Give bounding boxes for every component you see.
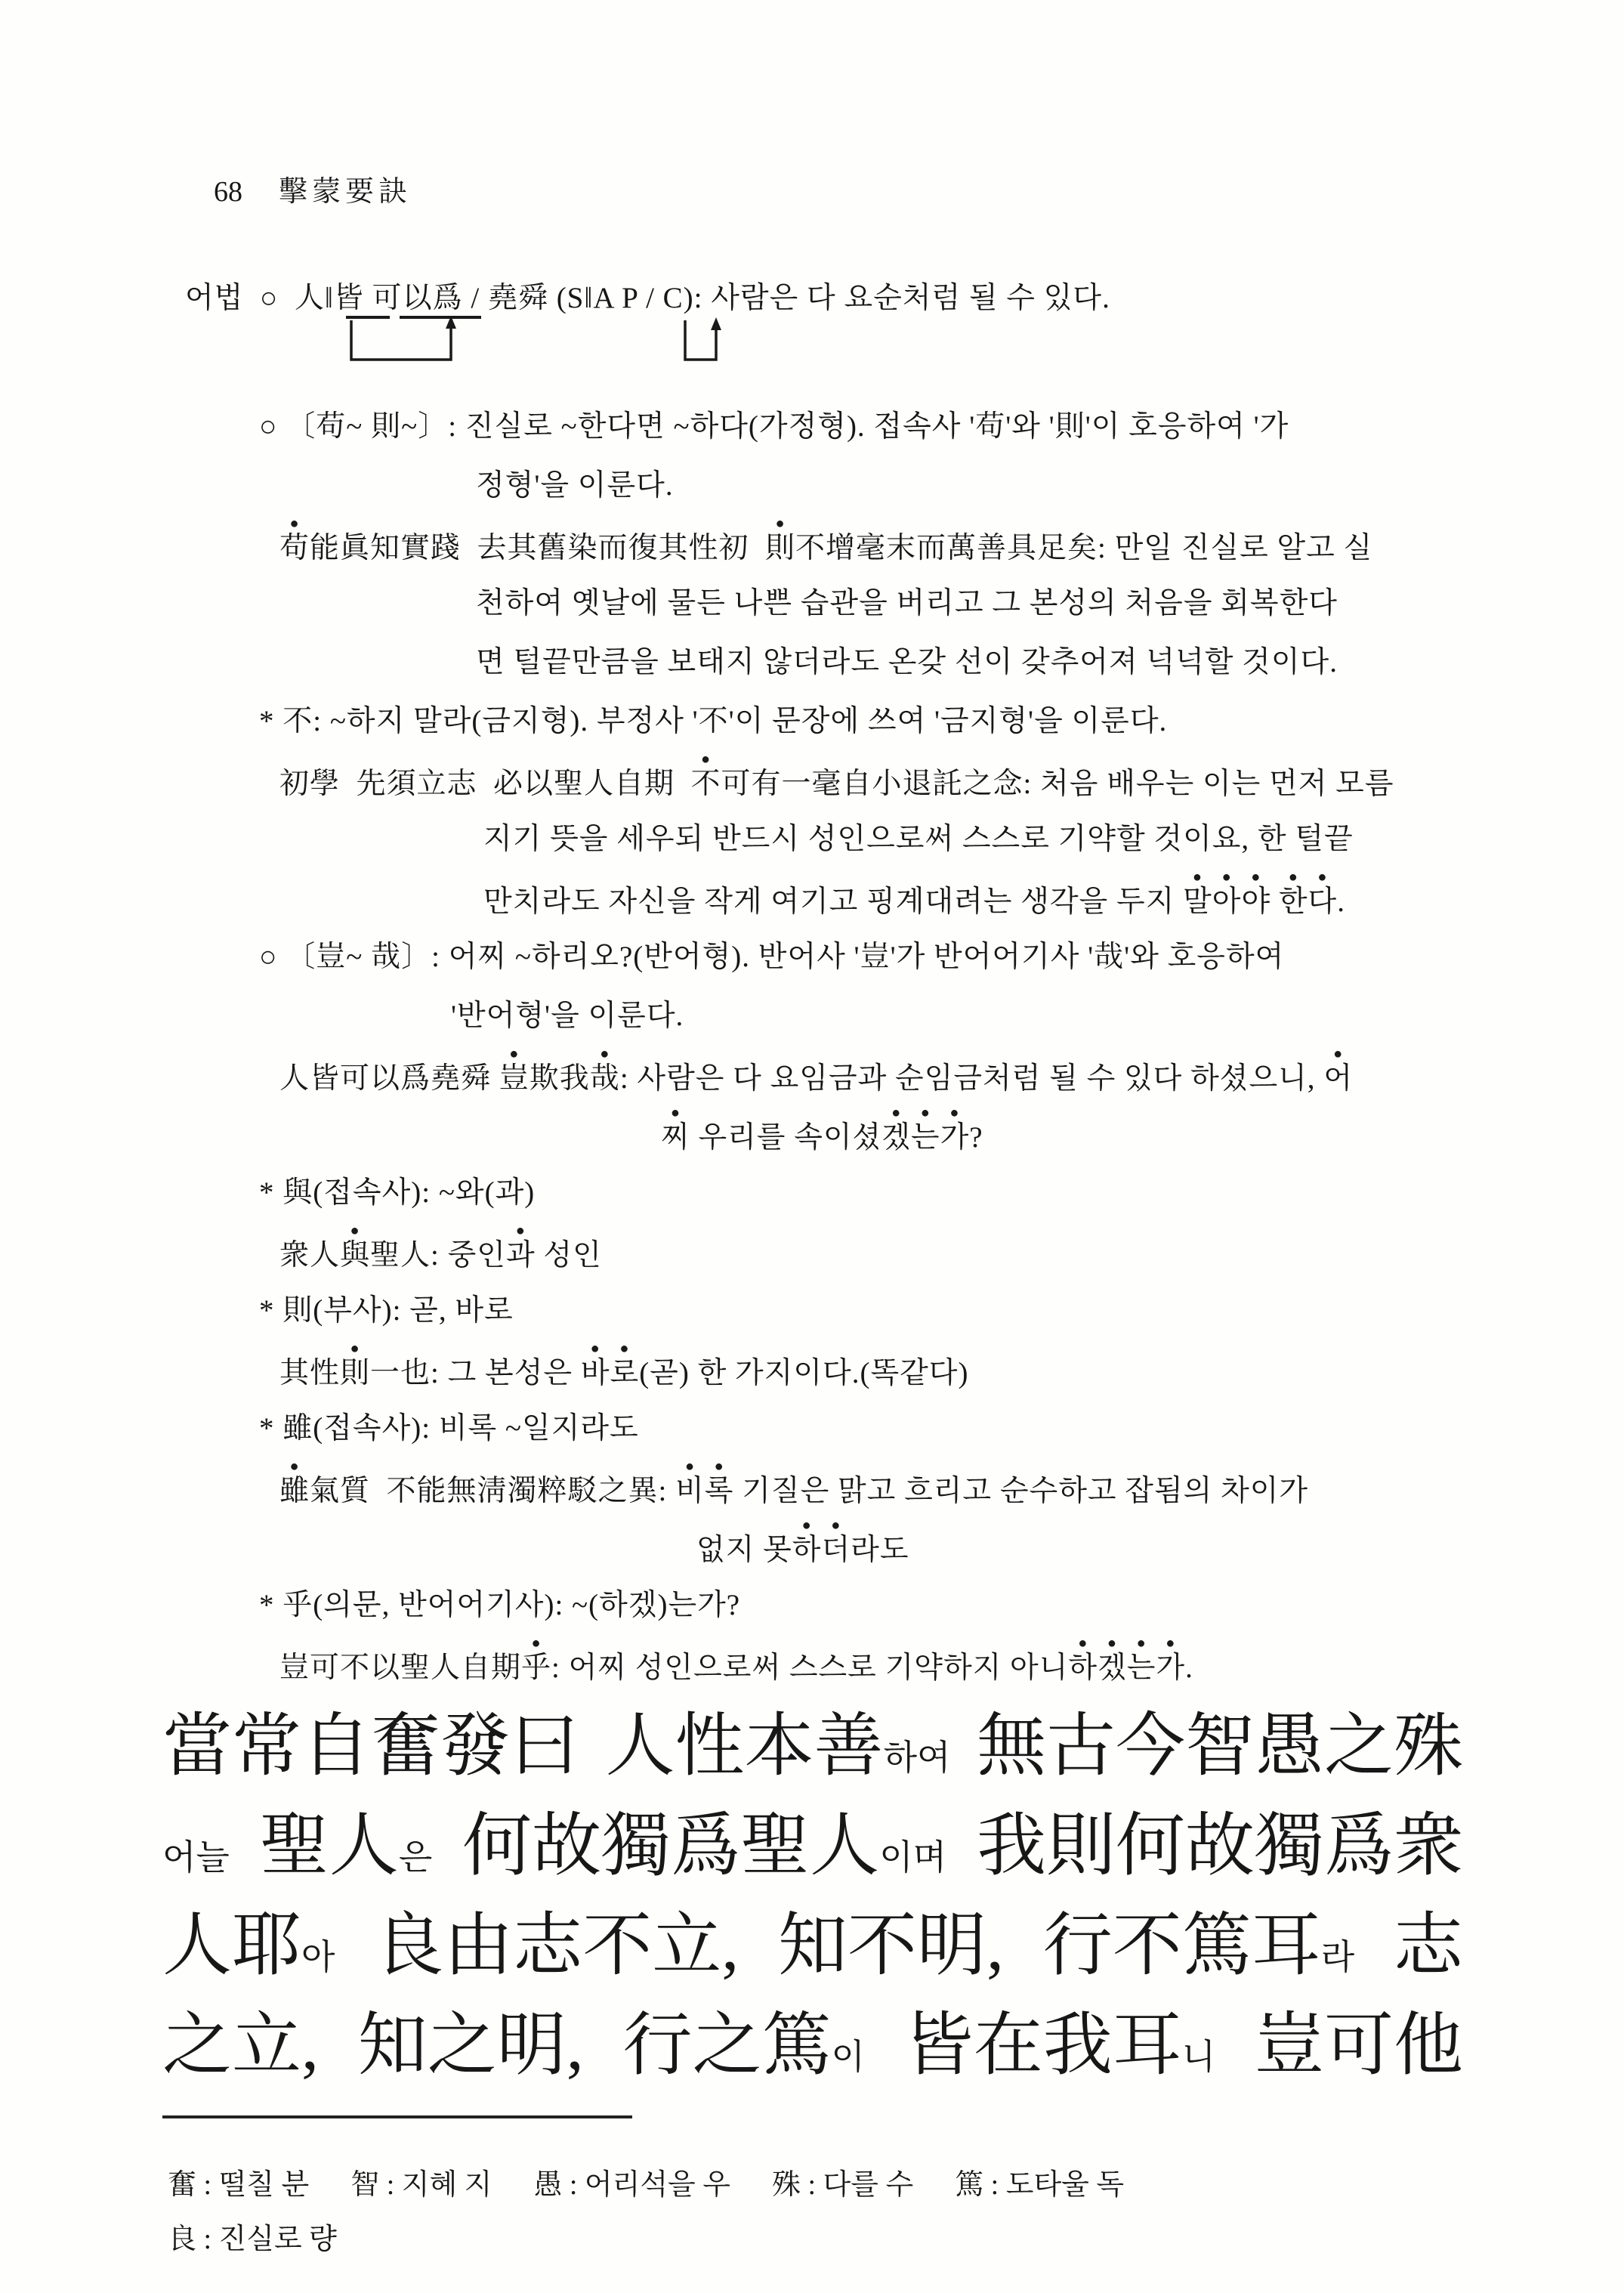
text-line: 천하여 옛날에 물든 나쁜 습관을 버리고 그 본성의 처음을 회복한다 bbox=[0, 574, 1624, 633]
phrase-group: 豈可他 bbox=[1255, 1995, 1463, 2095]
text-run: 없지 못 bbox=[696, 1534, 792, 1566]
emphasized-text: 하겠는가 bbox=[1068, 1652, 1185, 1684]
text-line: 其性則一也: 그 본성은 바로(곧) 한 가지이다.(똑같다) bbox=[0, 1340, 1624, 1399]
hangul-particle: 이 bbox=[832, 2038, 865, 2076]
page-header: 68擊蒙要訣 bbox=[185, 142, 412, 242]
text-run: 우리를 속이셨 bbox=[690, 1121, 882, 1154]
emphasized-text: 과 bbox=[506, 1239, 536, 1272]
text-line: 없지 못하더라도 bbox=[0, 1517, 1624, 1576]
text-run: * 與(접속사): ~와(과) bbox=[259, 1176, 535, 1209]
phrase-group: 行不篤耳라 bbox=[1043, 1896, 1354, 2007]
text-run: 人皆可以爲堯舜 bbox=[279, 1062, 499, 1095]
hanja-text: 知不明, bbox=[778, 1907, 1004, 1984]
classical-text-line: 어늘聖人은何故獨爲聖人이며我則何故獨爲衆 bbox=[162, 1796, 1463, 1896]
glossary-entry: 愚 : 어리석을 우 bbox=[533, 2169, 730, 2201]
grammar-section: 어법 ○ 人‖皆 可以爲 / 堯舜 (S‖A P / C): 사람은 다 요순처… bbox=[0, 269, 1624, 1694]
emphasized-text: 찌 bbox=[661, 1121, 690, 1154]
emphasized-text: 乎 bbox=[521, 1652, 551, 1684]
text-line: 어법 ○ 人‖皆 可以爲 / 堯舜 (S‖A P / C): 사람은 다 요순처… bbox=[0, 269, 1624, 328]
phrase-group: 行之篤이 bbox=[623, 1995, 865, 2107]
glossary-row: 良 : 진실로 량 bbox=[168, 2212, 1527, 2267]
text-line: 豈可不以聖人自期乎: 어찌 성인으로써 스스로 기약하지 아니하겠는가. bbox=[0, 1635, 1624, 1694]
glossary-entry: 奮 : 떨칠 분 bbox=[168, 2169, 309, 2201]
text-run: 천하여 옛날에 물든 나쁜 습관을 버리고 그 본성의 처음을 회복한다 bbox=[476, 587, 1338, 620]
emphasized-text: 則 bbox=[340, 1357, 370, 1389]
glossary-entry: 篤 : 도타울 독 bbox=[955, 2169, 1124, 2201]
text-line: ○ 〔苟~ 則~〕: 진실로 ~한다면 ~하다(가정형). 접속사 '苟'와 '… bbox=[0, 397, 1624, 456]
text-run: 氣質 不能無淸濁粹駁之異: bbox=[310, 1475, 675, 1507]
emphasized-text: 하더 bbox=[792, 1534, 851, 1566]
text-line: '반어형'을 이룬다. bbox=[0, 987, 1624, 1046]
hangul-particle: 어늘 bbox=[162, 1838, 230, 1877]
phrase-group: 我則何故獨爲衆 bbox=[977, 1796, 1463, 1896]
main-classical-text: 當常自奮發曰人性本善하여無古今智愚之殊어늘聖人은何故獨爲聖人이며我則何故獨爲衆人… bbox=[162, 1696, 1463, 2095]
hanja-text: 豈可他 bbox=[1255, 2007, 1463, 2084]
text-run: 欺我 bbox=[529, 1062, 590, 1095]
book-title: 擊蒙要訣 bbox=[279, 176, 412, 208]
phrase-group: 無古今智愚之殊 bbox=[977, 1696, 1463, 1796]
scanned-book-page: 68擊蒙要訣 어법 ○ 人‖皆 可以爲 / 堯舜 (S‖A P / C): 사람… bbox=[0, 0, 1624, 2293]
glossary-entry: 殊 : 다를 수 bbox=[772, 2169, 913, 2201]
hanja-text: 良由志不立, bbox=[374, 1907, 739, 1984]
text-line: 면 털끝만큼을 보태지 않더라도 온갖 선이 갖추어져 넉넉할 것이다. bbox=[0, 633, 1624, 692]
emphasized-text: 則 bbox=[765, 532, 795, 564]
text-run: 可有一毫自小退託之念: 처음 배우는 이는 먼저 모름 bbox=[721, 768, 1394, 800]
hanja-text: 無古今智愚之殊 bbox=[977, 1707, 1463, 1785]
text-line: * 雖(접속사): 비록 ~일지라도 bbox=[0, 1399, 1624, 1458]
phrase-group: 人耶아 bbox=[162, 1896, 335, 2007]
emphasized-text: 不 bbox=[691, 768, 721, 800]
text-run: ○ 〔苟~ 則~〕: 진실로 ~한다면 ~하다(가정형). 접속사 '苟'와 '… bbox=[259, 410, 1289, 443]
text-line: 만치라도 자신을 작게 여기고 핑계대려는 생각을 두지 말아야 한다. bbox=[0, 869, 1624, 928]
phrase-group: 知之明, bbox=[358, 1995, 584, 2095]
text-run: * 乎(의문, 반어어기사): ~(하겠)는가? bbox=[259, 1589, 740, 1621]
text-run: 지기 뜻을 세우되 반드시 성인으로써 스스로 기약할 것이요, 한 털끝 bbox=[483, 823, 1354, 855]
text-run: * 則(부사): 곧, 바로 bbox=[259, 1294, 514, 1327]
text-run: 정형'을 이룬다. bbox=[476, 469, 674, 502]
hanja-text: 皆在我耳 bbox=[904, 2007, 1182, 2084]
text-line: * 乎(의문, 반어어기사): ~(하겠)는가? bbox=[0, 1576, 1624, 1635]
text-line: 정형'을 이룬다. bbox=[0, 456, 1624, 515]
phrase-group: 志 bbox=[1394, 1896, 1463, 1995]
text-run: : 사람은 다 요임금과 순임금처럼 될 수 있다 하셨으니, bbox=[620, 1062, 1324, 1095]
text-line: 初學 先須立志 必以聖人自期 不可有一毫自小退託之念: 처음 배우는 이는 먼저… bbox=[0, 751, 1624, 810]
text-run: 어법 ○ 人‖皆 可以爲 / 堯舜 (S‖A P / C): 사람은 다 요순처… bbox=[185, 282, 1110, 314]
emphasized-text: 비록 bbox=[675, 1475, 733, 1507]
phrase-group: 人性本善하여 bbox=[606, 1696, 951, 1808]
hanja-text: 知之明, bbox=[358, 2007, 584, 2084]
phrase-group: 어늘 bbox=[162, 1796, 230, 1908]
text-line: 人皆可以爲堯舜 豈欺我哉: 사람은 다 요임금과 순임금처럼 될 수 있다 하셨… bbox=[0, 1046, 1624, 1105]
emphasized-text: 豈 bbox=[499, 1062, 529, 1095]
text-run: '반어형'을 이룬다. bbox=[451, 1000, 684, 1032]
phrase-group: 良由志不立, bbox=[374, 1896, 739, 1995]
text-run: (곧) 한 가지이다.(똑같다) bbox=[639, 1357, 968, 1389]
glossary-footnote: 奮 : 떨칠 분智 : 지혜 지愚 : 어리석을 우殊 : 다를 수篤 : 도타… bbox=[168, 2158, 1527, 2267]
classical-text-line: 人耶아良由志不立,知不明,行不篤耳라志 bbox=[162, 1896, 1463, 1995]
text-line: * 與(접속사): ~와(과) bbox=[0, 1163, 1624, 1222]
hangul-particle: 하여 bbox=[884, 1738, 951, 1777]
hanja-text: 行之篤 bbox=[623, 2007, 832, 2084]
glossary-row: 奮 : 떨칠 분智 : 지혜 지愚 : 어리석을 우殊 : 다를 수篤 : 도타… bbox=[168, 2158, 1527, 2212]
text-run: * 不: ~하지 말라(금지형). 부정사 '不'이 문장에 쓰여 '금지형'을… bbox=[259, 705, 1167, 737]
text-run: : 어찌 성인으로써 스스로 기약하지 아니 bbox=[551, 1652, 1068, 1684]
text-line: 찌 우리를 속이셨겠는가? bbox=[0, 1105, 1624, 1163]
glossary-entry: 良 : 진실로 량 bbox=[168, 2223, 337, 2255]
hanja-text: 行不篤耳 bbox=[1043, 1907, 1321, 1984]
phrase-group: 當常自奮發曰 bbox=[162, 1696, 579, 1796]
text-line: 衆人與聖人: 중인과 성인 bbox=[0, 1222, 1624, 1281]
classical-text-line: 當常自奮發曰人性本善하여無古今智愚之殊 bbox=[162, 1696, 1463, 1796]
text-line: ○ 〔豈~ 哉〕: 어찌 ~하리오?(반어형). 반어사 '豈'가 반어어기사 … bbox=[0, 928, 1624, 987]
hanja-text: 聖人 bbox=[260, 1807, 399, 1884]
hangul-particle: 니 bbox=[1182, 2038, 1215, 2076]
page-number: 68 bbox=[214, 176, 242, 208]
text-run: 其性 bbox=[279, 1357, 340, 1389]
text-line: 苟能眞知實踐 去其舊染而復其性初 則不增毫末而萬善具足矣: 만일 진실로 알고 … bbox=[0, 515, 1624, 574]
emphasized-text: 어 bbox=[1323, 1062, 1353, 1095]
phrase-group: 聖人은 bbox=[260, 1796, 432, 1908]
emphasized-text: 與 bbox=[340, 1239, 370, 1272]
text-run: 만치라도 자신을 작게 여기고 핑계대려는 생각을 두지 bbox=[483, 885, 1183, 918]
text-line: * 則(부사): 곧, 바로 bbox=[0, 1281, 1624, 1340]
text-run: ○ 〔豈~ 哉〕: 어찌 ~하리오?(반어형). 반어사 '豈'가 반어어기사 … bbox=[259, 941, 1284, 973]
text-run: 不增毫末而萬善具足矣: 만일 진실로 알고 실 bbox=[795, 532, 1372, 564]
hanja-text: 人性本善 bbox=[606, 1707, 884, 1785]
text-line: 지기 뜻을 세우되 반드시 성인으로써 스스로 기약할 것이요, 한 털끝 bbox=[0, 810, 1624, 869]
text-run: 一也: 그 본성은 bbox=[370, 1357, 581, 1389]
text-run: 豈可不以聖人自期 bbox=[279, 1652, 521, 1684]
hanja-text: 志 bbox=[1394, 1907, 1463, 1984]
hangul-particle: 아 bbox=[301, 1938, 335, 1976]
text-run: 衆人 bbox=[279, 1239, 340, 1272]
emphasized-text: 哉 bbox=[590, 1062, 620, 1095]
phrase-group: 何故獨爲聖人이며 bbox=[462, 1796, 946, 1908]
emphasized-text: 말아야 한다 bbox=[1183, 885, 1337, 918]
text-line: * 不: ~하지 말라(금지형). 부정사 '不'이 문장에 쓰여 '금지형'을… bbox=[0, 692, 1624, 751]
hanja-text: 之立, bbox=[162, 2007, 319, 2084]
text-run: * 雖(접속사): 비록 ~일지라도 bbox=[259, 1412, 639, 1445]
hangul-particle: 은 bbox=[399, 1838, 432, 1877]
phrase-group: 之立, bbox=[162, 1995, 319, 2095]
text-run: 면 털끝만큼을 보태지 않더라도 온갖 선이 갖추어져 넉넉할 것이다. bbox=[476, 646, 1338, 678]
hangul-particle: 라 bbox=[1321, 1938, 1354, 1976]
text-run: . bbox=[1337, 885, 1345, 918]
phrase-group: 皆在我耳니 bbox=[904, 1995, 1215, 2107]
text-line: 雖氣質 不能無淸濁粹駁之異: 비록 기질은 맑고 흐리고 순수하고 잡됨의 차이… bbox=[0, 1458, 1624, 1517]
text-run: 聖人: 중인 bbox=[370, 1239, 506, 1272]
text-run: 성인 bbox=[536, 1239, 602, 1272]
text-run: . bbox=[1185, 1652, 1193, 1684]
text-run: 初學 先須立志 必以聖人自期 bbox=[279, 768, 691, 800]
phrase-group: 知不明, bbox=[778, 1896, 1004, 1995]
text-run: 能眞知實踐 去其舊染而復其性初 bbox=[310, 532, 765, 564]
hanja-text: 我則何故獨爲衆 bbox=[977, 1807, 1463, 1884]
glossary-entry: 智 : 지혜 지 bbox=[350, 2169, 492, 2201]
hangul-particle: 이며 bbox=[879, 1838, 946, 1877]
text-run: 라도 bbox=[851, 1534, 909, 1566]
glossary-divider-rule bbox=[162, 2115, 632, 2118]
hanja-text: 當常自奮發曰 bbox=[162, 1707, 579, 1785]
hanja-text: 何故獨爲聖人 bbox=[462, 1807, 879, 1884]
emphasized-text: 苟 bbox=[279, 532, 310, 564]
hanja-text: 人耶 bbox=[162, 1907, 301, 1984]
emphasized-text: 雖 bbox=[279, 1475, 310, 1507]
text-run: 기질은 맑고 흐리고 순수하고 잡됨의 차이가 bbox=[733, 1475, 1308, 1507]
emphasized-text: 바로 bbox=[581, 1357, 639, 1389]
text-run: ? bbox=[969, 1121, 983, 1154]
emphasized-text: 겠는가 bbox=[881, 1121, 969, 1154]
classical-text-line: 之立,知之明,行之篤이皆在我耳니豈可他 bbox=[162, 1995, 1463, 2095]
